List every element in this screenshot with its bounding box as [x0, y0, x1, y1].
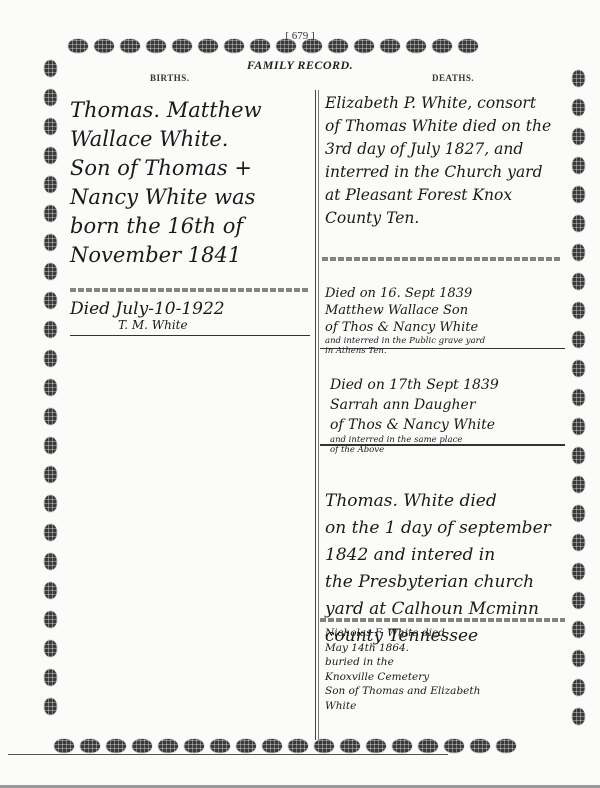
- ornament-icon: [572, 389, 585, 406]
- ornament-icon: [210, 739, 230, 753]
- death-entry-3: Died on 17th Sept 1839 Sarrah ann Daughe…: [330, 355, 560, 475]
- ornament-icon: [158, 739, 178, 753]
- birth-separator: [70, 288, 310, 292]
- death-entry-2-text: Died on 16. Sept 1839 Matthew Wallace So…: [325, 286, 478, 335]
- ornament-icon: [44, 89, 57, 106]
- birth-signature: T. M. White: [118, 318, 188, 332]
- ornament-icon: [276, 39, 296, 53]
- ornament-icon: [198, 39, 218, 53]
- ornament-border-right: [572, 70, 585, 725]
- ornament-icon: [340, 739, 360, 753]
- ornament-icon: [572, 128, 585, 145]
- ornament-icon: [94, 39, 114, 53]
- ornament-icon: [572, 418, 585, 435]
- ornament-icon: [366, 739, 386, 753]
- ornament-icon: [44, 292, 57, 309]
- ornament-icon: [380, 39, 400, 53]
- ornament-icon: [572, 447, 585, 464]
- bottom-rule: [8, 754, 448, 755]
- ornament-icon: [44, 582, 57, 599]
- ornament-icon: [314, 739, 334, 753]
- ornament-icon: [44, 437, 57, 454]
- ornament-icon: [572, 186, 585, 203]
- ornament-icon: [444, 739, 464, 753]
- ornament-icon: [432, 39, 452, 53]
- ornament-icon: [572, 215, 585, 232]
- ornament-icon: [572, 360, 585, 377]
- ornament-icon: [54, 739, 74, 753]
- ornament-icon: [132, 739, 152, 753]
- ornament-icon: [392, 739, 412, 753]
- ornament-icon: [458, 39, 478, 53]
- ornament-icon: [572, 563, 585, 580]
- ornament-icon: [44, 205, 57, 222]
- ornament-icon: [44, 350, 57, 367]
- ornament-icon: [44, 495, 57, 512]
- ornament-icon: [44, 611, 57, 628]
- ornament-icon: [44, 408, 57, 425]
- ornament-icon: [572, 157, 585, 174]
- ornament-icon: [572, 534, 585, 551]
- ornament-icon: [572, 99, 585, 116]
- ornament-icon: [184, 739, 204, 753]
- ornament-icon: [572, 679, 585, 696]
- ornament-icon: [572, 476, 585, 493]
- ornament-border-bottom: [54, 739, 516, 753]
- ornament-icon: [224, 39, 244, 53]
- ornament-icon: [44, 466, 57, 483]
- ornament-icon: [106, 739, 126, 753]
- death-separator-1: [322, 257, 562, 261]
- ornament-icon: [44, 553, 57, 570]
- ornament-icon: [470, 739, 490, 753]
- ornament-icon: [44, 379, 57, 396]
- ornament-icon: [44, 669, 57, 686]
- ornament-icon: [120, 39, 140, 53]
- ornament-icon: [146, 39, 166, 53]
- death-entry-5: Nicholas F. White died May 14th 1864. bu…: [325, 626, 560, 713]
- ornament-icon: [572, 592, 585, 609]
- ornament-icon: [80, 739, 100, 753]
- birth-died-note: Died July-10-1922: [70, 300, 225, 318]
- births-column-header: BIRTHS.: [150, 73, 189, 83]
- ornament-icon: [68, 39, 88, 53]
- ornament-icon: [418, 739, 438, 753]
- ornament-icon: [572, 505, 585, 522]
- ornament-icon: [44, 147, 57, 164]
- death-entry-1: Elizabeth P. White, consort of Thomas Wh…: [325, 92, 555, 230]
- ornament-icon: [250, 39, 270, 53]
- ornament-icon: [262, 739, 282, 753]
- ornament-icon: [572, 244, 585, 261]
- ornament-icon: [236, 739, 256, 753]
- birth-end-rule: [70, 335, 310, 336]
- death-separator-2: [320, 348, 565, 349]
- ornament-icon: [496, 739, 516, 753]
- ornament-icon: [572, 302, 585, 319]
- ornament-icon: [572, 621, 585, 638]
- ornament-icon: [44, 698, 57, 715]
- column-divider: [315, 90, 319, 740]
- ornament-icon: [572, 273, 585, 290]
- ornament-icon: [172, 39, 192, 53]
- ornament-icon: [572, 650, 585, 667]
- ornament-border-left: [44, 60, 57, 715]
- page-title: FAMILY RECORD.: [0, 58, 600, 73]
- ornament-icon: [44, 118, 57, 135]
- death-separator-4: [320, 618, 565, 622]
- ornament-icon: [354, 39, 374, 53]
- ornament-icon: [572, 708, 585, 725]
- ornament-icon: [288, 739, 308, 753]
- ornament-icon: [44, 263, 57, 280]
- death-entry-3-text: Died on 17th Sept 1839 Sarrah ann Daughe…: [330, 377, 499, 433]
- ornament-icon: [572, 331, 585, 348]
- ornament-icon: [406, 39, 426, 53]
- ornament-icon: [44, 524, 57, 541]
- ornament-icon: [328, 39, 348, 53]
- death-separator-3: [320, 444, 565, 446]
- ornament-icon: [44, 640, 57, 657]
- ornament-icon: [302, 39, 322, 53]
- ornament-border-top: [68, 39, 478, 53]
- ornament-icon: [44, 234, 57, 251]
- death-entry-2-note: and interred in the Public grave yard in…: [325, 336, 560, 356]
- birth-entry: Thomas. Matthew Wallace White. Son of Th…: [70, 96, 300, 270]
- deaths-column-header: DEATHS.: [432, 73, 474, 83]
- ornament-icon: [44, 176, 57, 193]
- ornament-icon: [44, 321, 57, 338]
